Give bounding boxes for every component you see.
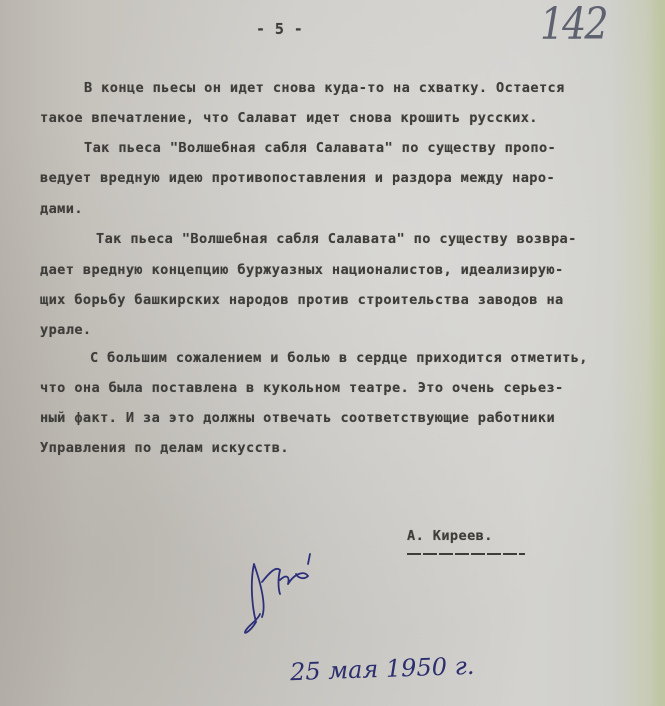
handwritten-date-note: 25 мая 1950 г. [290,652,475,686]
text-line: щих борьбу башкирских народов против стр… [40,292,564,308]
text-line: Так пьеса "Волшебная сабля Салавата" по … [84,140,556,156]
text-line: дает вредную концепцию буржуазных национ… [40,262,564,278]
document-page: - 5 - 142 В конце пьесы он идет снова ку… [0,0,665,706]
text-line: что она была поставлена в кукольном теат… [40,380,564,396]
text-line: ведует вредную идею противопоставления и… [40,170,555,186]
text-line: Управления по делам искусств. [40,440,289,456]
text-line: С большим сожалением и болью в сердце пр… [90,350,588,366]
archive-sheet-number: 142 [540,0,607,49]
author-signature-name: А. Киреев. [407,528,493,544]
text-line: такое впечатление, что Салават идет снов… [40,110,538,126]
page-number: - 5 - [256,20,303,38]
text-line: дами. [40,201,83,217]
handwritten-signature-icon [232,552,322,642]
signature-underline [407,553,525,555]
text-line: ный факт. И за это должны отвечать соотв… [40,410,555,426]
text-line: Так пьеса "Волшебная сабля Салавата" по … [96,231,577,247]
page-edge [649,0,665,706]
text-line: В конце пьесы он идет снова куда-то на с… [84,80,565,96]
text-line: урале. [40,322,92,338]
